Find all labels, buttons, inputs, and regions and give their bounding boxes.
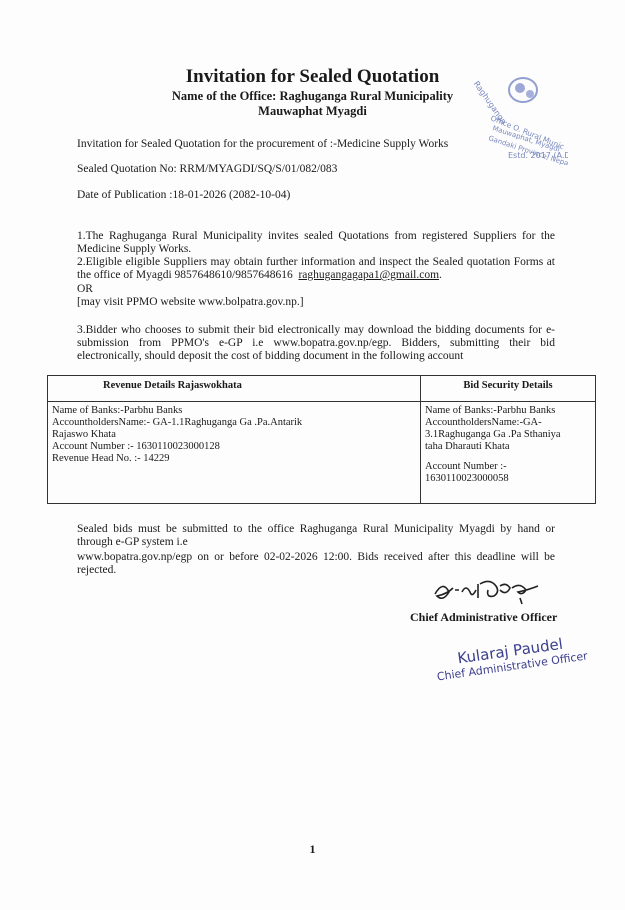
ppmo-website-note: [may visit PPMO website www.bolpatra.gov… — [77, 296, 555, 309]
revenue-bank-name: Name of Banks:-Parbhu Banks — [52, 405, 416, 417]
revenue-details-header: Revenue Details Rajaswokhata — [48, 376, 421, 402]
bid-security-cell: Name of Banks:-Parbhu Banks Accountholde… — [421, 402, 596, 504]
clause-2: 2.Eligible eligible Suppliers may obtain… — [77, 256, 555, 282]
bid-account-number: Account Number :- 1630110023000058 — [425, 461, 591, 485]
publication-date: Date of Publication :18-01-2026 (2082-10… — [77, 189, 290, 201]
name-stamp: Kularaj Paudel Chief Administrative Offi… — [434, 632, 589, 684]
revenue-account-number: Account Number :- 1630110023000128 — [52, 441, 416, 453]
bid-bank-name: Name of Banks:-Parbhu Banks — [425, 405, 591, 417]
clause-3: 3.Bidder who chooses to submit their bid… — [77, 324, 555, 363]
revenue-details-cell: Name of Banks:-Parbhu Banks Accountholde… — [48, 402, 421, 504]
procurement-line: Invitation for Sealed Quotation for the … — [77, 138, 448, 150]
bid-account-holder-cont2: taha Dharauti Khata — [425, 441, 591, 453]
revenue-head-number: Revenue Head No. :- 14229 — [52, 453, 416, 465]
revenue-account-holder-cont: Rajaswo Khata — [52, 429, 416, 441]
or-label: OR — [77, 283, 555, 296]
signature-icon — [420, 572, 560, 612]
revenue-account-holder: AccountholdersName:- GA-1.1Raghuganga Ga… — [52, 417, 416, 429]
svg-text:Estd. 2017 (A.D): Estd. 2017 (A.D) — [508, 151, 568, 160]
quotation-number: Sealed Quotation No: RRM/MYAGDI/SQ/S/01/… — [77, 163, 337, 175]
office-seal-stamp-icon: Raghuganga Office O. Rural Munic Mauwaph… — [468, 60, 568, 165]
contact-email-link[interactable]: raghugangagapa1@gmail.com — [298, 269, 439, 281]
accounts-table: Revenue Details Rajaswokhata Bid Securit… — [47, 375, 596, 504]
bid-security-header: Bid Security Details — [421, 376, 596, 402]
spacer — [425, 453, 591, 461]
submission-instructions: Sealed bids must be submitted to the off… — [77, 523, 555, 549]
bid-account-holder: AccountholdersName:-GA- — [425, 417, 591, 429]
clause-1: 1.The Raghuganga Rural Municipality invi… — [77, 230, 555, 256]
chief-administrative-officer-label: Chief Administrative Officer — [410, 610, 557, 625]
bid-account-holder-cont: 3.1Raghuganga Ga .Pa Sthaniya — [425, 429, 591, 441]
page-number: 1 — [0, 842, 625, 857]
clause-2-end: . — [439, 269, 442, 281]
